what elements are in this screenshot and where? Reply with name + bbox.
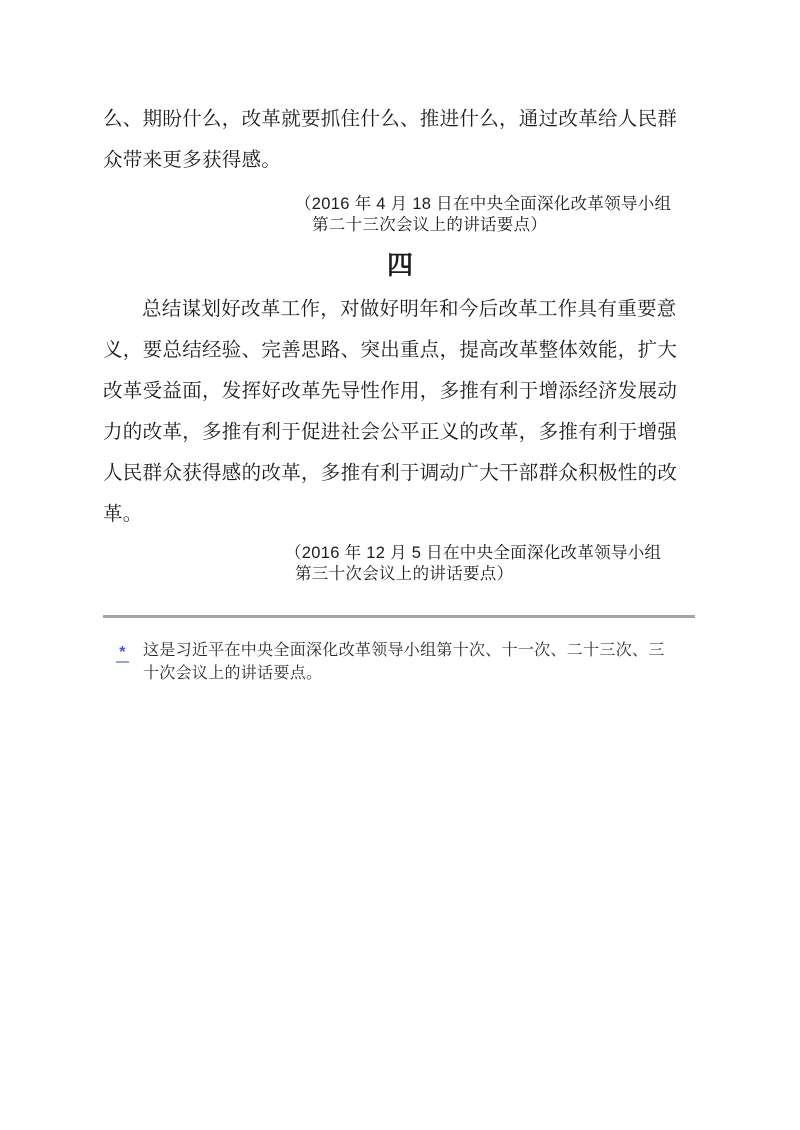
section-heading-four: 四 <box>0 249 800 281</box>
text-line: 总结谋划好改革工作，对做好明年和今后改革工作具有重要意 <box>103 289 697 330</box>
text-line: 人民群众获得感的改革，多推有利于调动广大干部群众积极性的改 <box>103 453 697 494</box>
footnote-text: 这是习近平在中央全面深化改革领导小组第十次、十一次、二十三次、三 十次会议上的讲… <box>143 639 697 685</box>
text-line: 力的改革，多推有利于促进社会公平正义的改革，多推有利于增强 <box>103 412 697 453</box>
citation-line: 第二十三次会议上的讲话要点） <box>312 215 671 236</box>
text-line: 么、期盼什么，改革就要抓住什么、推进什么，通过改革给人民群 <box>103 99 697 140</box>
citation-line: 第三十次会议上的讲话要点） <box>295 564 661 585</box>
citation-source-2: （2016 年 12 月 5 日在中央全面深化改革领导小组 第三十次会议上的讲话… <box>285 543 661 584</box>
footnote-line: 这是习近平在中央全面深化改革领导小组第十次、十一次、二十三次、三 <box>143 639 697 662</box>
citation-line: （2016 年 4 月 18 日在中央全面深化改革领导小组 <box>295 194 671 215</box>
paragraph-main: 总结谋划好改革工作，对做好明年和今后改革工作具有重要意 义，要总结经验、完善思路… <box>103 289 697 535</box>
text-line: 义，要总结经验、完善思路、突出重点，提高改革整体效能，扩大 <box>103 330 697 371</box>
footnote-separator-rule <box>103 615 695 618</box>
text-line: 革。 <box>103 494 697 535</box>
footnote: * 这是习近平在中央全面深化改革领导小组第十次、十一次、二十三次、三 十次会议上… <box>103 639 697 685</box>
text-line: 众带来更多获得感。 <box>103 140 697 181</box>
citation-source-1: （2016 年 4 月 18 日在中央全面深化改革领导小组 第二十三次会议上的讲… <box>295 194 671 235</box>
footnote-marker-link[interactable]: * <box>116 641 129 663</box>
footnote-line: 十次会议上的讲话要点。 <box>143 662 697 685</box>
document-page: 么、期盼什么，改革就要抓住什么、推进什么，通过改革给人民群 众带来更多获得感。 … <box>0 0 800 1130</box>
paragraph-continuation: 么、期盼什么，改革就要抓住什么、推进什么，通过改革给人民群 众带来更多获得感。 <box>103 99 697 181</box>
text-line: 改革受益面，发挥好改革先导性作用，多推有利于增添经济发展动 <box>103 371 697 412</box>
citation-line: （2016 年 12 月 5 日在中央全面深化改革领导小组 <box>285 543 661 564</box>
